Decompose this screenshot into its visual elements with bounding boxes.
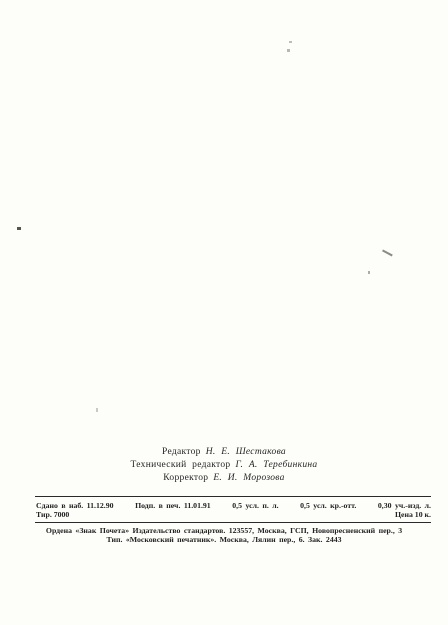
imprint-typeset-date: Сдано в наб. 11.12.90	[36, 501, 114, 510]
imprint-ink-impressions: 0,5 усл. кр.-отт.	[300, 501, 356, 510]
scan-mark	[382, 250, 392, 257]
credit-name: Н. Е. Шестакова	[206, 447, 286, 457]
credit-role: Технический редактор	[131, 460, 231, 470]
publisher-block: Ордена «Знак Почета» Издательство станда…	[0, 526, 448, 544]
credits-block: РедакторН. Е. Шестакова Технический реда…	[0, 446, 448, 484]
scan-speck	[17, 227, 21, 230]
credit-line-technical-editor: Технический редакторГ. А. Теребинкина	[0, 459, 448, 472]
credit-line-proofreader: КорректорЕ. И. Морозова	[0, 472, 448, 485]
scan-speck	[96, 408, 98, 412]
scan-speck	[287, 49, 290, 52]
imprint-line-2: Тир. 7000 Цена 10 к.	[36, 510, 431, 519]
publisher-address: Ордена «Знак Почета» Издательство станда…	[0, 526, 448, 535]
printing-house-address: Тип. «Московский печатник». Москва, Ляли…	[0, 535, 448, 544]
imprint-publisher-sheets: 0,30 уч.-изд. л.	[378, 501, 431, 510]
scan-speck	[368, 271, 370, 274]
imprint-printer-sheets: 0,5 усл. п. л.	[232, 501, 278, 510]
circulation: Тир. 7000	[36, 510, 69, 519]
credit-line-editor: РедакторН. Е. Шестакова	[0, 446, 448, 459]
scan-speck	[289, 41, 292, 43]
credit-name: Г. А. Теребинкина	[235, 460, 317, 470]
imprint-print-date: Подп. в печ. 11.01.91	[135, 501, 211, 510]
credit-role: Корректор	[163, 473, 208, 483]
imprint-line: Сдано в наб. 11.12.90 Подп. в печ. 11.01…	[36, 501, 431, 510]
credit-role: Редактор	[162, 447, 201, 457]
credit-name: Е. И. Морозова	[213, 473, 284, 483]
price: Цена 10 к.	[395, 510, 431, 519]
divider-rule-top	[35, 496, 431, 497]
divider-rule-bottom	[35, 522, 431, 523]
colophon-page: РедакторН. Е. Шестакова Технический реда…	[0, 0, 448, 625]
